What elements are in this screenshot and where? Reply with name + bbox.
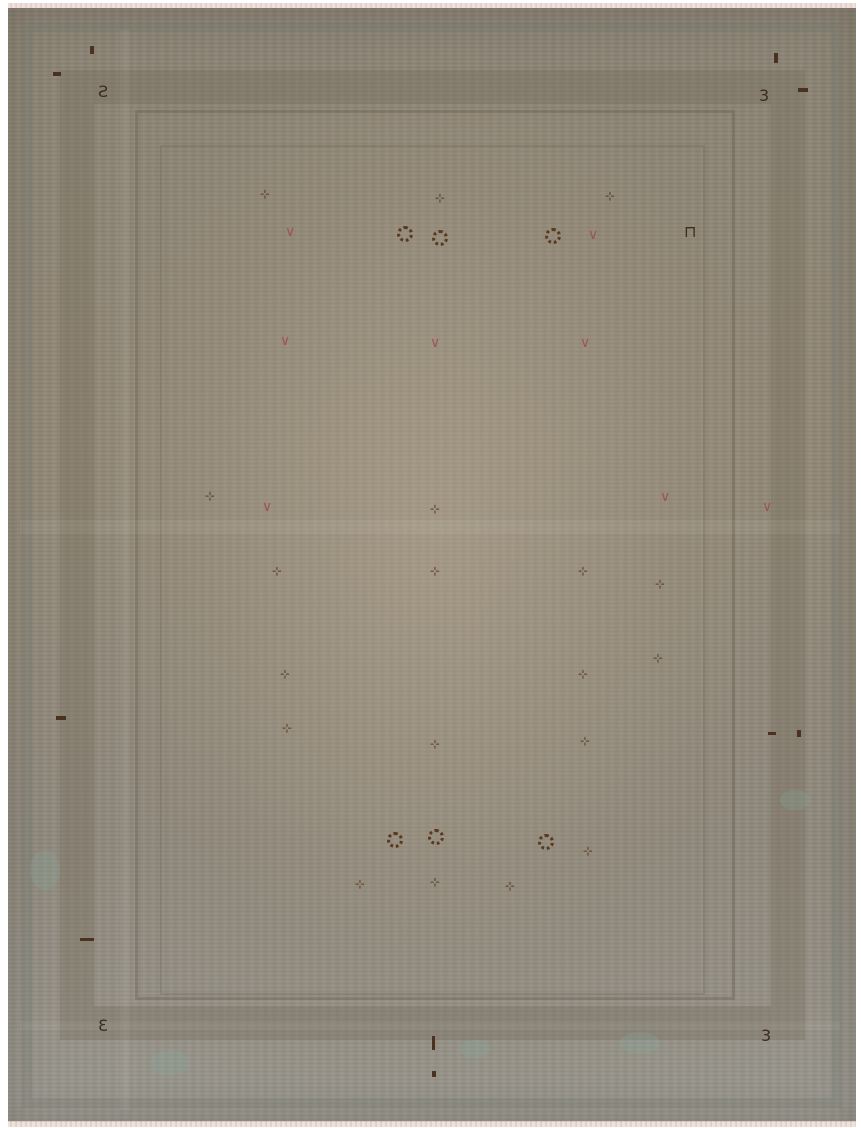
sprig-motif: ⊹ [578, 668, 588, 680]
sprig-motif: ⊹ [205, 490, 215, 502]
sprig-motif: ⊹ [430, 876, 440, 888]
sprig-motif: ⊹ [280, 668, 290, 680]
wear-mark [53, 72, 61, 76]
wear-mark [768, 732, 776, 735]
sprig-motif: ⊹ [653, 652, 663, 664]
leaf-motif: ∨ [762, 500, 772, 514]
leaf-motif: ∨ [285, 225, 295, 239]
teal-accent [460, 1040, 490, 1058]
sprig-motif: ⊹ [430, 503, 440, 515]
sprig-motif: ⊹ [430, 565, 440, 577]
wear-mark [432, 1071, 436, 1077]
rosette-motif [397, 226, 413, 242]
rosette-motif [432, 230, 448, 246]
teal-accent [780, 790, 810, 810]
teal-accent [620, 1032, 660, 1054]
wear-mark [797, 730, 801, 737]
rosette-motif [428, 829, 444, 845]
sprig-motif: ⊹ [260, 188, 270, 200]
corner-glyph-motif: ⊓ [684, 224, 696, 240]
leaf-motif: ∨ [588, 228, 598, 242]
wear-mark [774, 53, 778, 63]
wear-streak [120, 30, 130, 1110]
wear-mark [432, 1036, 435, 1050]
sprig-motif: ⊹ [435, 192, 445, 204]
sprig-motif: ⊹ [355, 878, 365, 890]
sprig-motif: ⊹ [655, 578, 665, 590]
leaf-motif: ∨ [280, 334, 290, 348]
rug-fringe-bottom [8, 1121, 856, 1127]
rosette-motif [538, 834, 554, 850]
rosette-motif [545, 228, 561, 244]
wear-mark [90, 46, 94, 54]
sprig-motif: ⊹ [578, 565, 588, 577]
sprig-motif: ⊹ [272, 565, 282, 577]
sprig-motif: ⊹ [430, 738, 440, 750]
corner-glyph-motif: 3 [759, 88, 769, 104]
rosette-motif [387, 832, 403, 848]
wear-streak [20, 1022, 840, 1030]
wear-mark [798, 88, 808, 92]
sprig-motif: ⊹ [583, 845, 593, 857]
wear-streak [20, 520, 840, 534]
wear-mark [56, 716, 66, 720]
corner-glyph-motif: 3 [761, 1028, 771, 1044]
sprig-motif: ⊹ [282, 722, 292, 734]
corner-glyph-motif: Ɛ [98, 1018, 108, 1034]
leaf-motif: ∨ [580, 336, 590, 350]
corner-glyph-motif: Ƨ [98, 84, 108, 100]
leaf-motif: ∨ [262, 500, 272, 514]
teal-accent [30, 850, 60, 890]
leaf-motif: ∨ [660, 490, 670, 504]
sprig-motif: ⊹ [505, 880, 515, 892]
sprig-motif: ⊹ [605, 190, 615, 202]
leaf-motif: ∨ [430, 336, 440, 350]
sprig-motif: ⊹ [580, 735, 590, 747]
teal-accent [150, 1050, 190, 1076]
wear-mark [80, 938, 94, 941]
